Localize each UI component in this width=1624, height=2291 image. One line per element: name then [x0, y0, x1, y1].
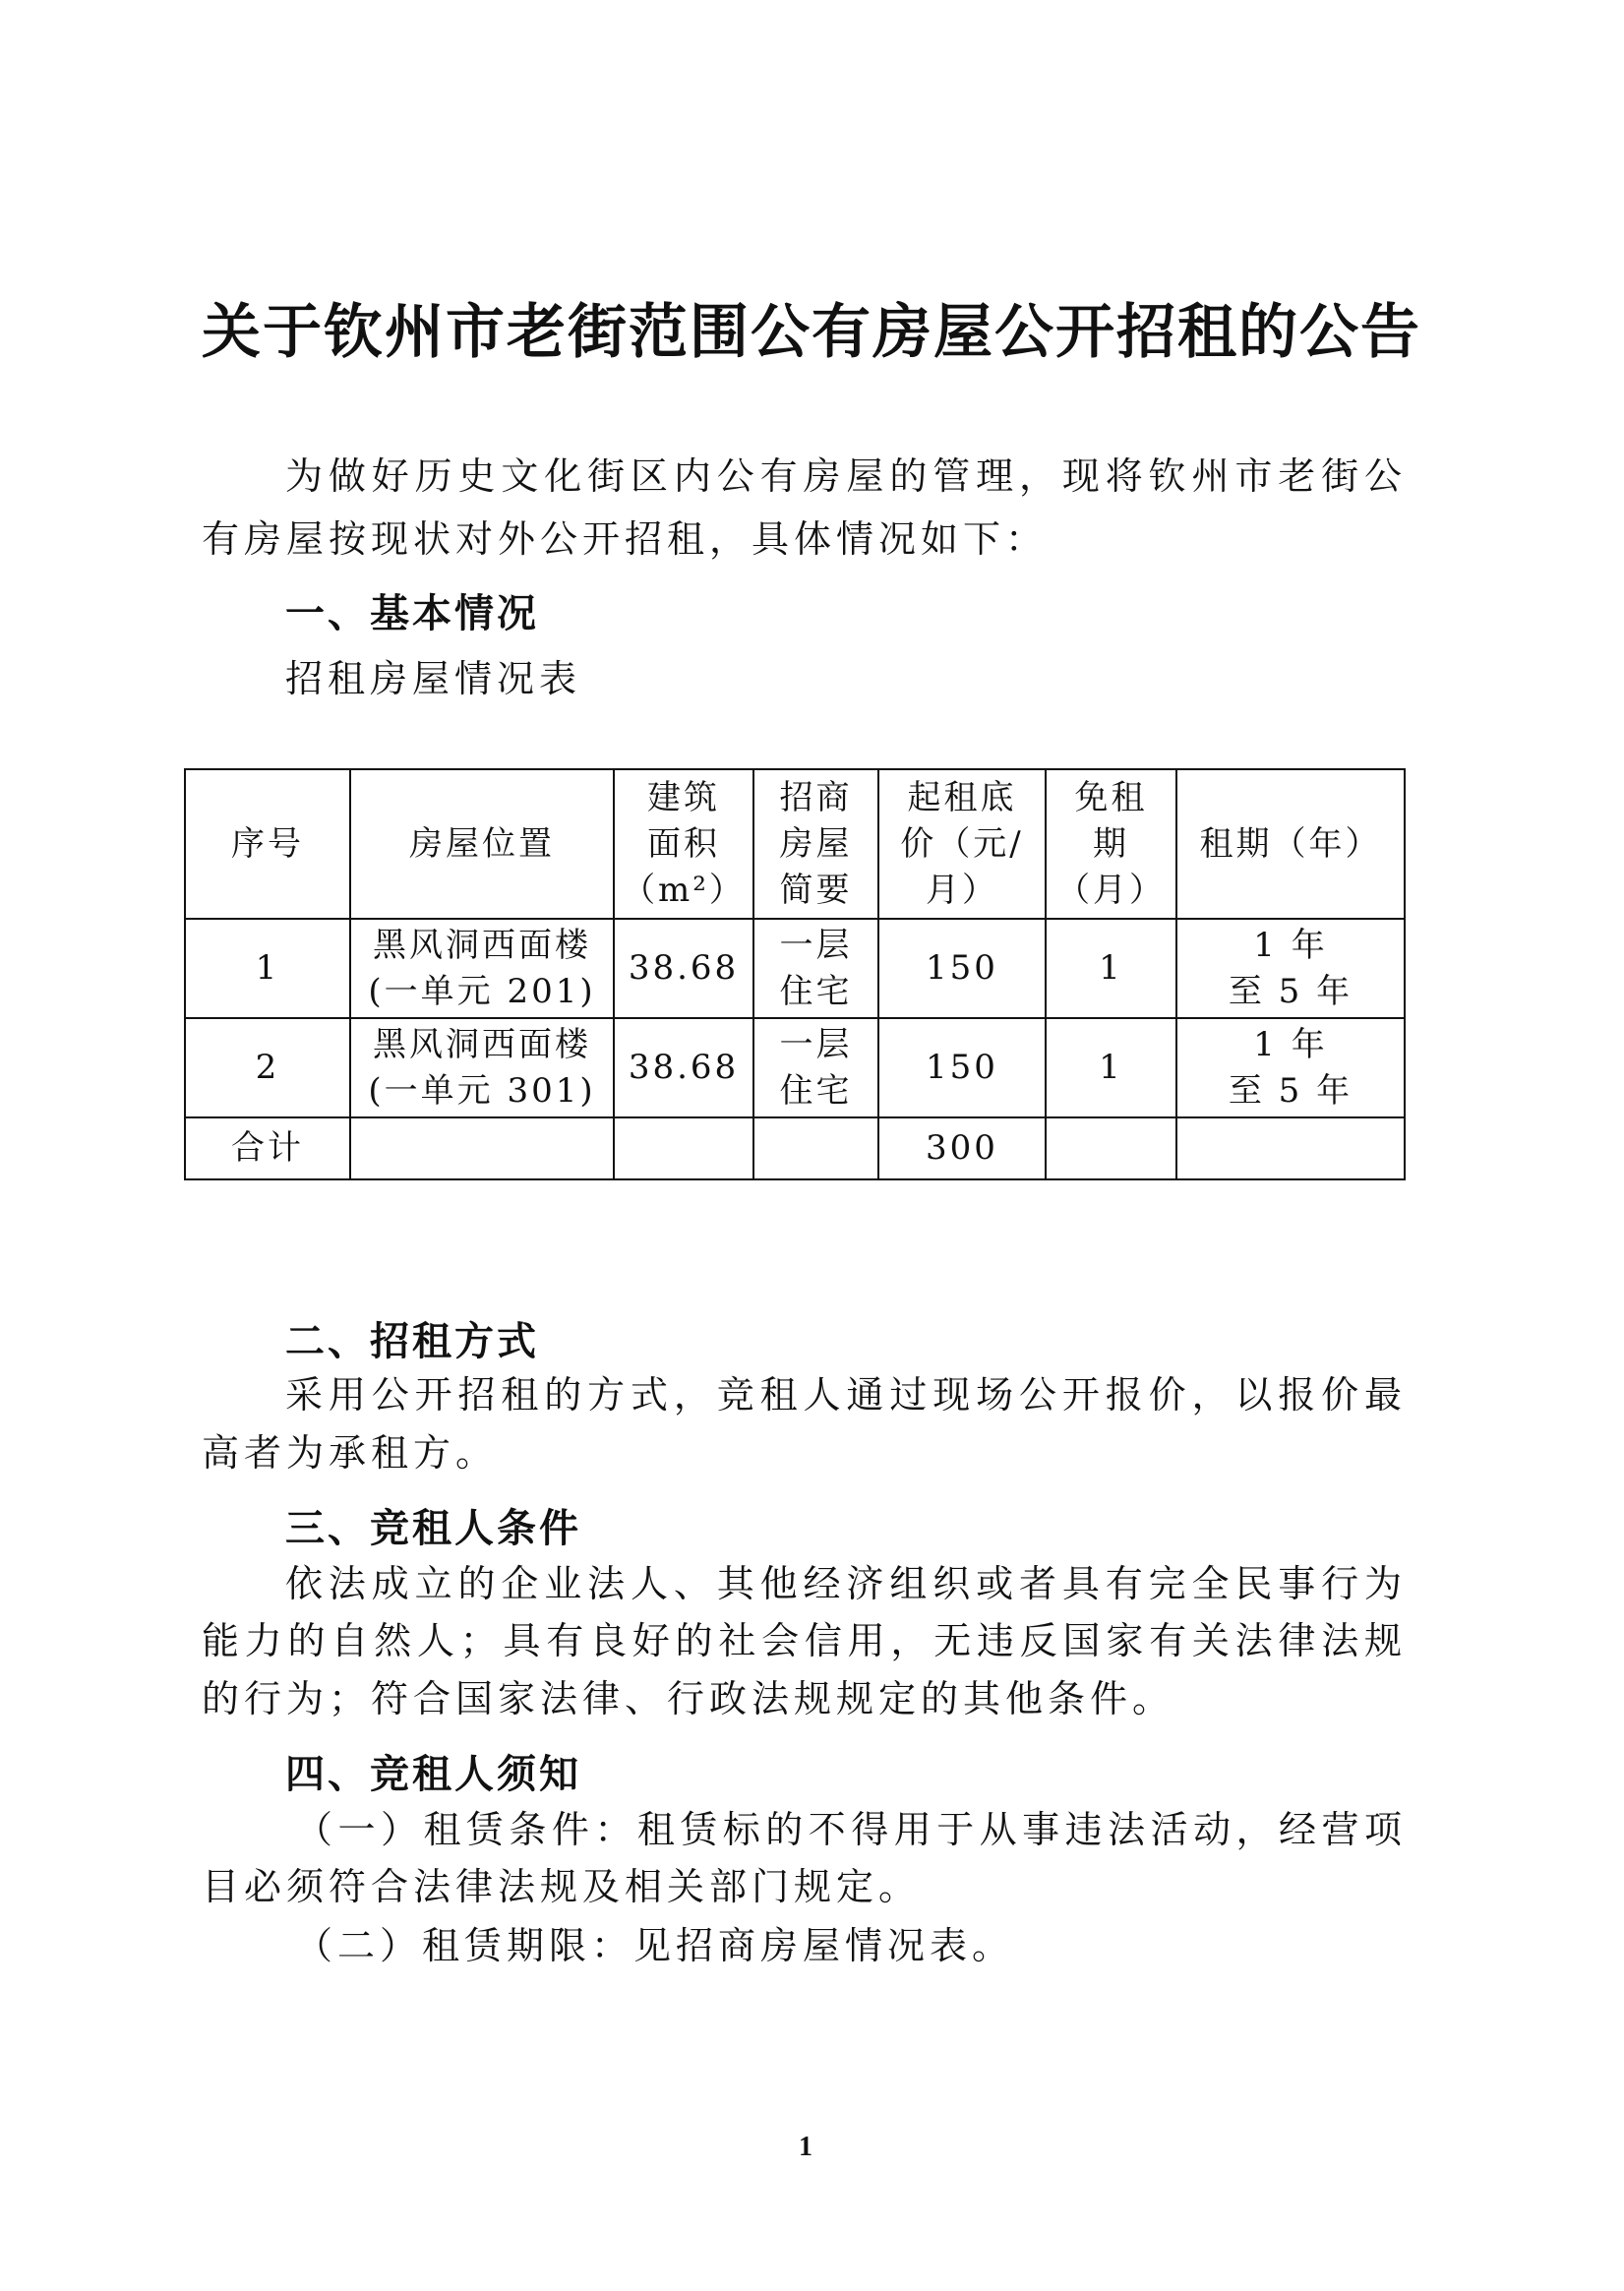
cell-type: 一层住宅 — [753, 1018, 878, 1117]
cell-free-months: 1 — [1046, 919, 1176, 1018]
empty-cell — [1176, 1117, 1405, 1179]
table-header-row: 序号 房屋位置 建筑面积（m²） 招商房屋简要 起租底价（元/月） 免租期（月）… — [185, 769, 1405, 919]
cell-term: 1 年至 5 年 — [1176, 1018, 1405, 1117]
cell-free-months: 1 — [1046, 1018, 1176, 1117]
intro-line-2: 有房屋按现状对外公开招租，具体情况如下： — [202, 517, 1048, 561]
section-4-item-1-line-2: 目必须符合法律法规及相关部门规定。 — [202, 1865, 921, 1908]
section-1-heading: 一、基本情况 — [285, 582, 539, 638]
header-area: 建筑面积（m²） — [614, 769, 753, 919]
header-price: 起租底价（元/月） — [878, 769, 1046, 919]
header-type: 招商房屋简要 — [753, 769, 878, 919]
table-total-row: 合计 300 — [185, 1117, 1405, 1179]
cell-price: 150 — [878, 919, 1046, 1018]
rental-table: 序号 房屋位置 建筑面积（m²） 招商房屋简要 起租底价（元/月） 免租期（月）… — [184, 768, 1406, 1180]
total-price: 300 — [878, 1117, 1046, 1179]
empty-cell — [614, 1117, 753, 1179]
section-2-line-2: 高者为承租方。 — [202, 1431, 498, 1475]
cell-no: 1 — [185, 919, 350, 1018]
header-term: 租期（年） — [1176, 769, 1405, 919]
total-label: 合计 — [185, 1117, 350, 1179]
section-3-line-2: 能力的自然人；具有良好的社会信用，无违反国家有关法律法规 — [202, 1619, 1407, 1662]
section-3-line-1: 依法成立的企业法人、其他经济组织或者具有完全民事行为 — [285, 1562, 1407, 1605]
empty-cell — [350, 1117, 614, 1179]
cell-no: 2 — [185, 1018, 350, 1117]
table-caption: 招租房屋情况表 — [285, 657, 581, 700]
section-3-heading: 三、竞租人条件 — [285, 1497, 581, 1553]
cell-type: 一层住宅 — [753, 919, 878, 1018]
section-3-line-3: 的行为；符合国家法律、行政法规规定的其他条件。 — [202, 1677, 1174, 1720]
section-2-heading: 二、招租方式 — [285, 1310, 539, 1366]
section-4-item-2: （二）租赁期限：见招商房屋情况表。 — [295, 1924, 1014, 1967]
table-row: 2 黑风洞西面楼(一单元 301) 38.68 一层住宅 150 1 1 年至 … — [185, 1018, 1405, 1117]
header-location: 房屋位置 — [350, 769, 614, 919]
cell-price: 150 — [878, 1018, 1046, 1117]
table-row: 1 黑风洞西面楼(一单元 201) 38.68 一层住宅 150 1 1 年至 … — [185, 919, 1405, 1018]
header-free-period: 免租期（月） — [1046, 769, 1176, 919]
header-no: 序号 — [185, 769, 350, 919]
section-4-item-1-line-1: （一）租赁条件：租赁标的不得用于从事违法活动，经营项 — [295, 1808, 1407, 1851]
intro-line-1: 为做好历史文化街区内公有房屋的管理，现将钦州市老街公 — [285, 454, 1407, 498]
cell-term: 1 年至 5 年 — [1176, 919, 1405, 1018]
cell-location: 黑风洞西面楼(一单元 201) — [350, 919, 614, 1018]
cell-area: 38.68 — [614, 919, 753, 1018]
cell-area: 38.68 — [614, 1018, 753, 1117]
page-number: 1 — [799, 2132, 812, 2163]
cell-location: 黑风洞西面楼(一单元 301) — [350, 1018, 614, 1117]
empty-cell — [753, 1117, 878, 1179]
document-title: 关于钦州市老街范围公有房屋公开招租的公告 — [197, 285, 1426, 370]
section-4-heading: 四、竞租人须知 — [285, 1743, 581, 1799]
empty-cell — [1046, 1117, 1176, 1179]
section-2-line-1: 采用公开招租的方式，竞租人通过现场公开报价，以报价最 — [285, 1373, 1407, 1417]
